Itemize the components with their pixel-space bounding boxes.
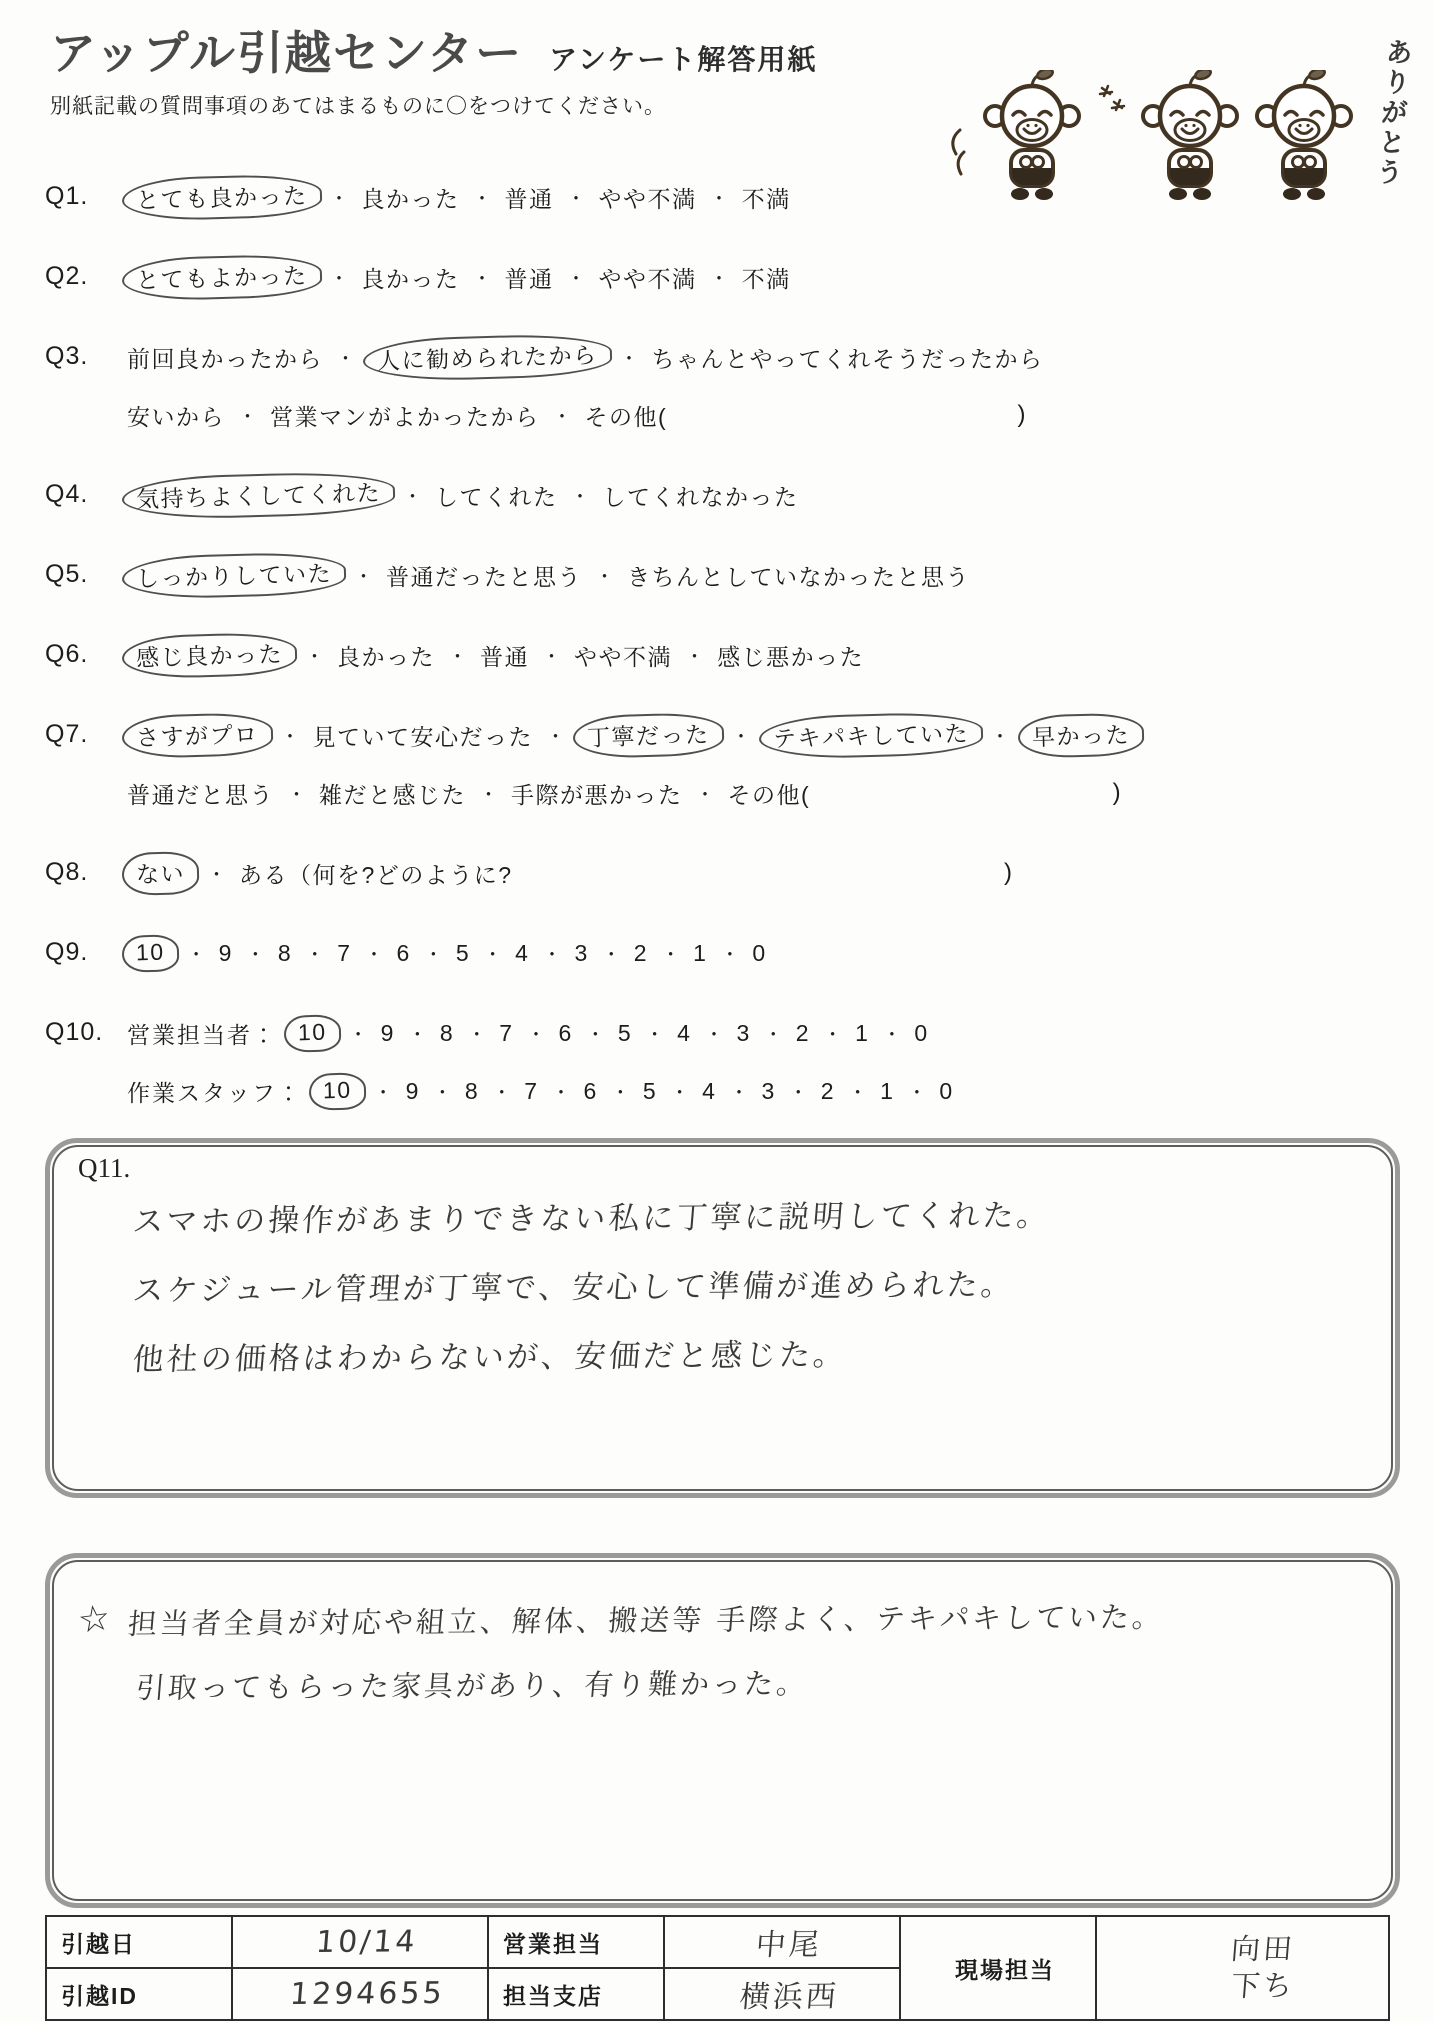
separator-dot: ・ bbox=[645, 1020, 664, 1047]
question-line: ない・ある（何を?どのように?) bbox=[127, 844, 1030, 902]
option: 1 bbox=[880, 1078, 894, 1105]
question-row: Q4.気持ちよくしてくれた・してくれた・してくれなかった bbox=[45, 466, 1030, 524]
option: ある（何を?どのように? bbox=[239, 857, 513, 890]
question-row: Q1.とても良かった・良かった・普通・やや不満・不満 bbox=[45, 168, 1030, 226]
option: 営業マンがよかったから bbox=[270, 399, 540, 432]
separator-dot: ・ bbox=[542, 940, 561, 967]
option: 良かった bbox=[362, 181, 460, 214]
question-line: とてもよかった・良かった・普通・やや不満・不満 bbox=[127, 248, 1030, 306]
option: 9 bbox=[219, 940, 233, 967]
separator-dot: ・ bbox=[287, 780, 306, 807]
q11-label: Q11. bbox=[78, 1153, 1367, 1184]
question-line: 感じ良かった・良かった・普通・やや不満・感じ悪かった bbox=[127, 626, 1030, 684]
separator-dot: ・ bbox=[408, 1020, 427, 1047]
option: やや不満 bbox=[574, 639, 672, 672]
separator-dot: ・ bbox=[710, 184, 729, 211]
option-circled: とてもよかった bbox=[121, 253, 322, 302]
option: 良かった bbox=[337, 639, 435, 672]
option-circled: 10 bbox=[308, 1072, 366, 1111]
option: 1 bbox=[855, 1020, 869, 1047]
option: 安いから bbox=[127, 399, 225, 432]
separator-dot: ・ bbox=[246, 940, 265, 967]
option: 3 bbox=[574, 940, 588, 967]
option: 普通 bbox=[505, 181, 554, 214]
question-row: Q7.さすがプロ・見ていて安心だった・丁寧だった・テキパキしていた・早かった普通… bbox=[45, 706, 1030, 822]
separator-dot: ・ bbox=[546, 722, 565, 749]
star-comment-box: ☆担当者全員が対応や組立、解体、搬送等 手際よく、テキパキしていた。引取ってもら… bbox=[45, 1553, 1400, 1908]
option: 6 bbox=[397, 940, 411, 967]
separator-dot: ・ bbox=[567, 184, 586, 211]
q11-handwritten-comments: スマホの操作があまりできない私に丁寧に説明してくれた。スケジュール管理が丁寧で、… bbox=[133, 1184, 1367, 1391]
separator-dot: ・ bbox=[595, 562, 614, 589]
separator-dot: ・ bbox=[330, 264, 349, 291]
handwritten-line: 引取ってもらった家具があり、有り難かった。 bbox=[136, 1654, 1367, 1718]
option: 不満 bbox=[742, 261, 791, 294]
closing-paren: ) bbox=[1004, 859, 1030, 887]
option: 3 bbox=[736, 1020, 750, 1047]
option: 7 bbox=[524, 1078, 538, 1105]
separator-dot: ・ bbox=[305, 940, 324, 967]
option: 7 bbox=[337, 940, 351, 967]
site-rep-value: 向田下ち bbox=[1096, 1916, 1389, 2020]
separator-dot: ・ bbox=[991, 722, 1010, 749]
site-rep-label: 現場担当 bbox=[900, 1916, 1096, 2020]
question-row: Q3.前回良かったから・人に勧められたから・ちゃんとやってくれそうだったから安い… bbox=[45, 328, 1030, 444]
separator-dot: ・ bbox=[661, 940, 680, 967]
separator-dot: ・ bbox=[732, 722, 751, 749]
separator-dot: ・ bbox=[696, 780, 715, 807]
star-handwritten-comments: ☆担当者全員が対応や組立、解体、搬送等 手際よく、テキパキしていた。引取ってもら… bbox=[52, 1560, 1393, 1901]
separator-dot: ・ bbox=[704, 1020, 723, 1047]
question-line: さすがプロ・見ていて安心だった・丁寧だった・テキパキしていた・早かった bbox=[127, 706, 1139, 764]
question-row: Q9.10・9・8・7・6・5・4・3・2・1・0 bbox=[45, 924, 1030, 982]
handwritten-line: ☆担当者全員が対応や組立、解体、搬送等 手際よく、テキパキしていた。 bbox=[78, 1590, 1367, 1654]
separator-dot: ・ bbox=[611, 1078, 630, 1105]
monkey-mascot-icon bbox=[1140, 70, 1240, 202]
separator-dot: ・ bbox=[238, 402, 257, 429]
question-row: Q10.営業担当者：10・9・8・7・6・5・4・3・2・1・0作業スタッフ：1… bbox=[45, 1004, 1030, 1120]
moving-date-label: 引越日 bbox=[46, 1916, 232, 1968]
monkey-mascot-icon bbox=[1254, 70, 1354, 202]
question-row: Q2.とてもよかった・良かった・普通・やや不満・不満 bbox=[45, 248, 1030, 306]
separator-dot: ・ bbox=[882, 1020, 901, 1047]
option: 0 bbox=[939, 1078, 953, 1105]
option: きちんとしていなかったと思う bbox=[627, 559, 970, 592]
option: 4 bbox=[677, 1020, 691, 1047]
option-circled: さすがプロ bbox=[121, 711, 273, 758]
question-line: 普通だと思う・雑だと感じた・手際が悪かった・その他() bbox=[127, 764, 1139, 822]
separator-dot: ・ bbox=[823, 1020, 842, 1047]
option: 4 bbox=[702, 1078, 716, 1105]
separator-dot: ・ bbox=[281, 722, 300, 749]
option-circled: 人に勧められたから bbox=[362, 332, 612, 382]
separator-dot: ・ bbox=[403, 482, 422, 509]
question-label: Q10. bbox=[45, 1004, 127, 1120]
question-line: しっかりしていた・普通だったと思う・きちんとしていなかったと思う bbox=[127, 546, 1030, 604]
separator-dot: ・ bbox=[492, 1078, 511, 1105]
handwritten-line: 他社の価格はわからないが、安価だと感じた。 bbox=[133, 1322, 1367, 1391]
moving-id-value: 1294655 bbox=[232, 1968, 488, 2020]
separator-dot: ・ bbox=[553, 402, 572, 429]
separator-dot: ・ bbox=[336, 344, 355, 371]
question-row: Q8.ない・ある（何を?どのように?) bbox=[45, 844, 1030, 902]
option: 5 bbox=[456, 940, 470, 967]
question-line: 10・9・8・7・6・5・4・3・2・1・0 bbox=[127, 924, 1030, 982]
separator-dot: ・ bbox=[365, 940, 384, 967]
option: 1 bbox=[693, 940, 707, 967]
separator-dot: ・ bbox=[720, 940, 739, 967]
site-rep-name: 下ち bbox=[1230, 1969, 1297, 2004]
separator-dot: ・ bbox=[620, 344, 639, 371]
option-circled: 丁寧だった bbox=[572, 711, 724, 758]
question-line: 営業担当者：10・9・8・7・6・5・4・3・2・1・0 bbox=[127, 1004, 1030, 1062]
moving-id-label: 引越ID bbox=[46, 1968, 232, 2020]
option-circled: 感じ良かった bbox=[121, 631, 297, 679]
form-title: アンケート解答用紙 bbox=[549, 46, 817, 74]
option: 0 bbox=[914, 1020, 928, 1047]
separator-dot: ・ bbox=[330, 184, 349, 211]
separator-dot: ・ bbox=[424, 940, 443, 967]
option: 2 bbox=[634, 940, 648, 967]
option-circled: 10 bbox=[283, 1014, 341, 1053]
option: 不満 bbox=[742, 181, 791, 214]
option: 2 bbox=[796, 1020, 810, 1047]
option: 8 bbox=[440, 1020, 454, 1047]
option: 見ていて安心だった bbox=[313, 719, 534, 752]
survey-sheet: アップル引越センター アンケート解答用紙 別紙記載の質問事項のあてはまるものに〇… bbox=[0, 0, 1433, 2023]
footer-info-table: 引越日 10/14 営業担当 中尾 現場担当 向田下ち 引越ID 1294655… bbox=[45, 1915, 1390, 2021]
page-title: アップル引越センター bbox=[50, 30, 523, 76]
question-label: Q9. bbox=[45, 924, 127, 982]
separator-dot: ・ bbox=[602, 940, 621, 967]
separator-dot: ・ bbox=[729, 1078, 748, 1105]
handwritten-line: スマホの操作があまりできない私に丁寧に説明してくれた。 bbox=[133, 1184, 1367, 1253]
separator-dot: ・ bbox=[483, 940, 502, 967]
question-line: 気持ちよくしてくれた・してくれた・してくれなかった bbox=[127, 466, 1030, 524]
separator-dot: ・ bbox=[433, 1078, 452, 1105]
option: 雑だと感じた bbox=[319, 777, 466, 810]
option-circled: 気持ちよくしてくれた bbox=[121, 470, 395, 521]
separator-dot: ・ bbox=[670, 1078, 689, 1105]
closing-paren: ) bbox=[1113, 779, 1139, 807]
question-row: Q6.感じ良かった・良かった・普通・やや不満・感じ悪かった bbox=[45, 626, 1030, 684]
option: 9 bbox=[406, 1078, 420, 1105]
option: 4 bbox=[515, 940, 529, 967]
separator-dot: ・ bbox=[571, 482, 590, 509]
q11-comment-box: Q11. スマホの操作があまりできない私に丁寧に説明してくれた。スケジュール管理… bbox=[45, 1138, 1400, 1498]
instruction-text: 別紙記載の質問事項のあてはまるものに〇をつけてください。 bbox=[50, 90, 817, 120]
separator-dot: ・ bbox=[448, 642, 467, 669]
question-label: Q1. bbox=[45, 168, 127, 226]
option: 普通 bbox=[505, 261, 554, 294]
branch-label: 担当支店 bbox=[488, 1968, 664, 2020]
option: 0 bbox=[752, 940, 766, 967]
separator-dot: ・ bbox=[479, 780, 498, 807]
header: アップル引越センター アンケート解答用紙 別紙記載の質問事項のあてはまるものに〇… bbox=[50, 30, 817, 120]
option: してくれた bbox=[435, 479, 558, 512]
option-circled: しっかりしていた bbox=[121, 550, 346, 599]
option: してくれなかった bbox=[603, 479, 799, 512]
star-icon: ☆ bbox=[75, 1596, 113, 1642]
option: 2 bbox=[821, 1078, 835, 1105]
handwritten-line: スケジュール管理が丁寧で、安心して準備が進められた。 bbox=[133, 1253, 1367, 1322]
separator-dot: ・ bbox=[467, 1020, 486, 1047]
separator-dot: ・ bbox=[552, 1078, 571, 1105]
option: 7 bbox=[499, 1020, 513, 1047]
moving-date-value: 10/14 bbox=[232, 1916, 488, 1968]
separator-dot: ・ bbox=[586, 1020, 605, 1047]
question-line: 安いから・営業マンがよかったから・その他() bbox=[127, 386, 1044, 444]
question-list: Q1.とても良かった・良かった・普通・やや不満・不満Q2.とてもよかった・良かっ… bbox=[45, 168, 1030, 1142]
question-label: Q5. bbox=[45, 546, 127, 604]
separator-dot: ・ bbox=[685, 642, 704, 669]
sparkle-icon bbox=[1096, 82, 1126, 116]
option-circled: 10 bbox=[121, 934, 179, 973]
option: 普通だったと思う bbox=[386, 559, 582, 592]
option: 手際が悪かった bbox=[511, 777, 683, 810]
separator-dot: ・ bbox=[187, 940, 206, 967]
separator-dot: ・ bbox=[764, 1020, 783, 1047]
option: その他( bbox=[728, 777, 811, 810]
question-line: とても良かった・良かった・普通・やや不満・不満 bbox=[127, 168, 1030, 226]
option-circled: ない bbox=[121, 850, 199, 895]
option: 9 bbox=[381, 1020, 395, 1047]
option-circled: テキパキしていた bbox=[758, 710, 983, 759]
question-label: Q8. bbox=[45, 844, 127, 902]
option: 5 bbox=[643, 1078, 657, 1105]
branch-value: 横浜西 bbox=[664, 1968, 900, 2020]
question-label: Q6. bbox=[45, 626, 127, 684]
question-label: Q7. bbox=[45, 706, 127, 822]
option-group-prefix: 作業スタッフ： bbox=[127, 1075, 302, 1108]
separator-dot: ・ bbox=[789, 1078, 808, 1105]
option: 普通だと思う bbox=[127, 777, 274, 810]
closing-paren: ) bbox=[1018, 401, 1044, 429]
site-rep-name: 向田 bbox=[1230, 1932, 1297, 1967]
option-circled: 早かった bbox=[1017, 712, 1144, 759]
option: ちゃんとやってくれそうだったから bbox=[652, 341, 1044, 374]
question-line: 前回良かったから・人に勧められたから・ちゃんとやってくれそうだったから bbox=[127, 328, 1044, 386]
option: 8 bbox=[278, 940, 292, 967]
option: 5 bbox=[618, 1020, 632, 1047]
option-circled: とても良かった bbox=[121, 173, 322, 222]
separator-dot: ・ bbox=[542, 642, 561, 669]
separator-dot: ・ bbox=[527, 1020, 546, 1047]
separator-dot: ・ bbox=[710, 264, 729, 291]
separator-dot: ・ bbox=[354, 562, 373, 589]
question-label: Q4. bbox=[45, 466, 127, 524]
separator-dot: ・ bbox=[374, 1078, 393, 1105]
option: 良かった bbox=[362, 261, 460, 294]
separator-dot: ・ bbox=[305, 642, 324, 669]
question-label: Q2. bbox=[45, 248, 127, 306]
option: 3 bbox=[761, 1078, 775, 1105]
option: やや不満 bbox=[599, 181, 697, 214]
option: 6 bbox=[584, 1078, 598, 1105]
option: その他( bbox=[585, 399, 668, 432]
question-row: Q5.しっかりしていた・普通だったと思う・きちんとしていなかったと思う bbox=[45, 546, 1030, 604]
option: やや不満 bbox=[599, 261, 697, 294]
thanks-script: ありがとう bbox=[1366, 38, 1417, 188]
option-group-prefix: 営業担当者： bbox=[127, 1017, 277, 1050]
option: 前回良かったから bbox=[127, 341, 323, 374]
separator-dot: ・ bbox=[207, 860, 226, 887]
option: 6 bbox=[559, 1020, 573, 1047]
separator-dot: ・ bbox=[907, 1078, 926, 1105]
sales-rep-label: 営業担当 bbox=[488, 1916, 664, 1968]
option: 普通 bbox=[480, 639, 529, 672]
separator-dot: ・ bbox=[848, 1078, 867, 1105]
separator-dot: ・ bbox=[473, 184, 492, 211]
separator-dot: ・ bbox=[349, 1020, 368, 1047]
question-label: Q3. bbox=[45, 328, 127, 444]
separator-dot: ・ bbox=[567, 264, 586, 291]
sales-rep-value: 中尾 bbox=[664, 1916, 900, 1968]
question-line: 作業スタッフ：10・9・8・7・6・5・4・3・2・1・0 bbox=[127, 1062, 1030, 1120]
table-row: 引越日 10/14 営業担当 中尾 現場担当 向田下ち bbox=[46, 1916, 1389, 1968]
option: 8 bbox=[465, 1078, 479, 1105]
separator-dot: ・ bbox=[473, 264, 492, 291]
option: 感じ悪かった bbox=[717, 639, 864, 672]
